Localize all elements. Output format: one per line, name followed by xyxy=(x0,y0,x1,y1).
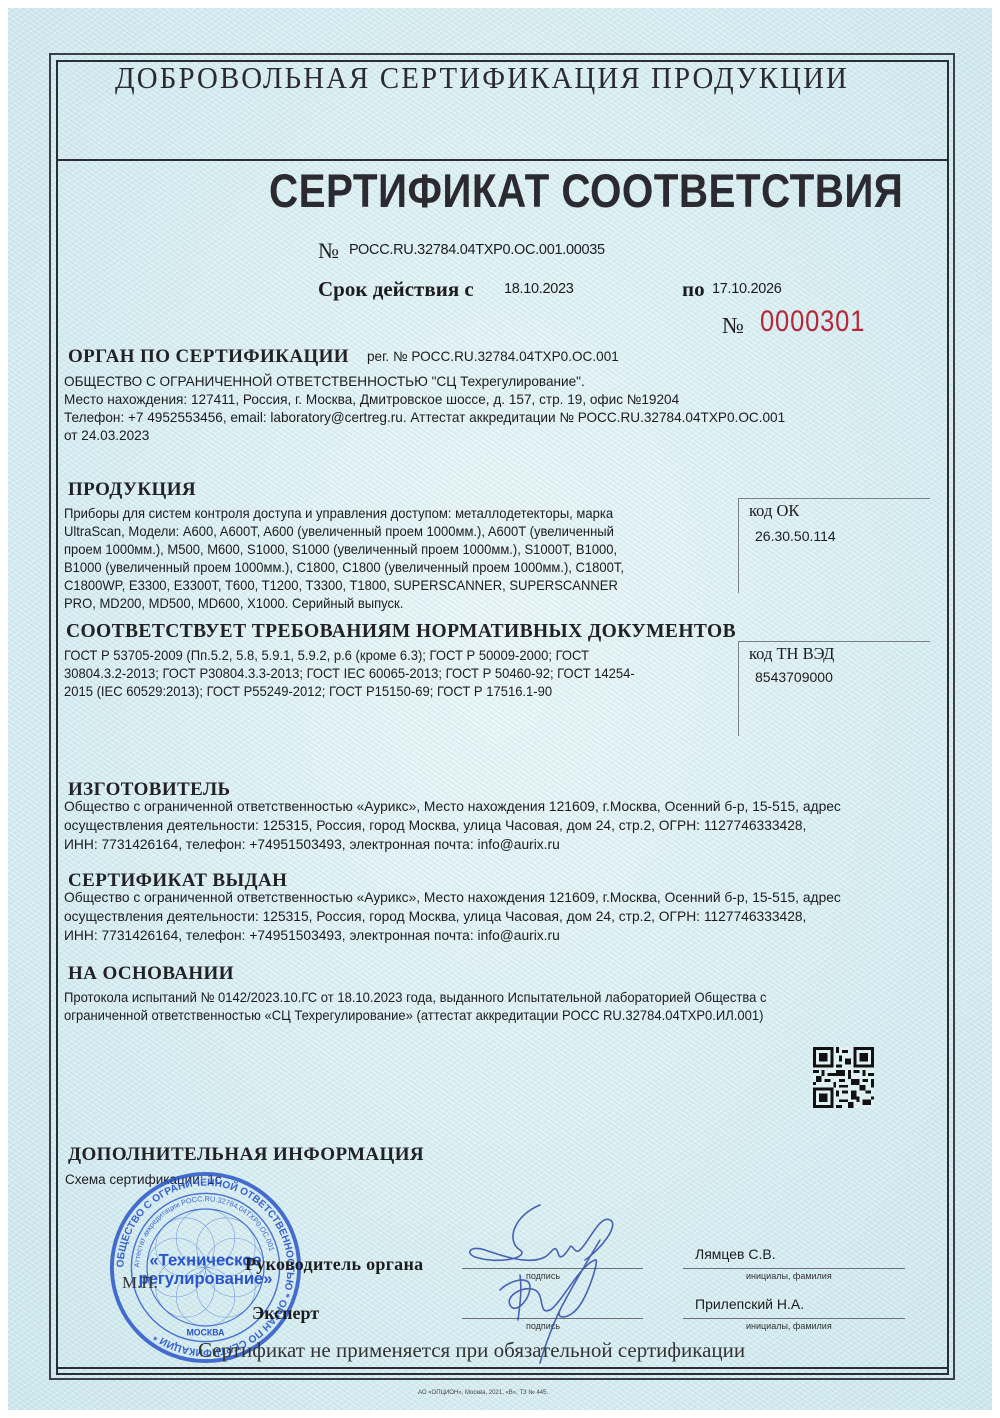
printer-imprint: АО «ОПЦИОН», Москва, 2021, «В», ТЗ № 445… xyxy=(418,1390,548,1396)
validity-label: Срок действия с xyxy=(318,277,474,302)
code-ok-box: код ОК 26.30.50.114 xyxy=(738,498,930,593)
footer-divider xyxy=(56,1367,949,1369)
valid-to-label: по xyxy=(682,277,705,302)
text-line: ограниченной ответственностью «СЦ Техрег… xyxy=(64,1006,766,1024)
text-line: проем 1000мм.), M500, M600, S1000, S1000… xyxy=(64,540,624,558)
code-tnved-box: код ТН ВЭД 8543709000 xyxy=(738,641,930,736)
text-line: осуществления деятельности: 125315, Росс… xyxy=(64,816,841,835)
issued-to-details: Общество с ограниченной ответственностью… xyxy=(64,888,841,945)
text-line: C1800WP, E3300, E3300T, T600, T1200, T33… xyxy=(64,576,624,594)
section-heading-certification-body: ОРГАН ПО СЕРТИФИКАЦИИ xyxy=(68,346,349,368)
text-line: PRO, MD200, MD500, MD600, X1000. Серийны… xyxy=(64,594,624,612)
head-name-caption: инициалы, фамилия xyxy=(746,1271,832,1281)
qr-code xyxy=(813,1047,874,1108)
blank-number-sign: № xyxy=(722,313,744,339)
number-sign: № xyxy=(318,238,339,264)
header-divider xyxy=(56,159,949,161)
text-line: 2015 (IEC 60529:2013); ГОСТ Р55249-2012;… xyxy=(64,682,635,700)
head-name-line xyxy=(683,1268,905,1269)
code-tnved-value: 8543709000 xyxy=(755,669,833,685)
text-line: ИНН: 7731426164, телефон: +74951503493, … xyxy=(64,926,841,945)
section-heading-basis: НА ОСНОВАНИИ xyxy=(68,963,234,985)
head-name: Лямцев С.В. xyxy=(695,1246,776,1262)
certification-body-text: ОБЩЕСТВО С ОГРАНИЧЕННОЙ ОТВЕТСТВЕННОСТЬЮ… xyxy=(64,373,785,445)
seal-place-label: М.П. xyxy=(122,1273,158,1293)
standards-list: ГОСТ Р 53705-2009 (Пп.5.2, 5.8, 5.9.1, 5… xyxy=(64,646,635,700)
voluntary-certification-title: ДОБРОВОЛЬНАЯ СЕРТИФИКАЦИЯ ПРОДУКЦИИ xyxy=(115,60,849,96)
code-ok-value: 26.30.50.114 xyxy=(755,528,836,544)
page-title: СЕРТИФИКАТ СООТВЕТСТВИЯ xyxy=(269,163,903,218)
text-line: Общество с ограниченной ответственностью… xyxy=(64,888,841,907)
code-tnved-label: код ТН ВЭД xyxy=(749,644,834,664)
head-of-body-label: Руководитель органа xyxy=(245,1254,423,1275)
text-line: Общество с ограниченной ответственностью… xyxy=(64,797,841,816)
section-heading-standards: СООТВЕТСТВУЕТ ТРЕБОВАНИЯМ НОРМАТИВНЫХ ДО… xyxy=(66,621,736,643)
expert-name-caption: инициалы, фамилия xyxy=(746,1321,832,1331)
text-line: UltraScan, Модели: A600, A600T, A600 (ув… xyxy=(64,522,624,540)
text-line: Место нахождения: 127411, Россия, г. Мос… xyxy=(64,391,785,409)
valid-to-date: 17.10.2026 xyxy=(712,281,782,297)
disclaimer: Сертификат не применяется при обязательн… xyxy=(198,1338,745,1363)
code-ok-label: код ОК xyxy=(749,501,799,521)
text-line: Протокола испытаний № 0142/2023.10.ГС от… xyxy=(64,988,766,1006)
text-line: ОБЩЕСТВО С ОГРАНИЧЕННОЙ ОТВЕТСТВЕННОСТЬЮ… xyxy=(64,373,785,391)
stamp-city: МОСКВА xyxy=(186,1328,225,1338)
text-line: ГОСТ Р 53705-2009 (Пп.5.2, 5.8, 5.9.1, 5… xyxy=(64,646,635,664)
text-line: Приборы для систем контроля доступа и уп… xyxy=(64,504,624,522)
manufacturer-details: Общество с ограниченной ответственностью… xyxy=(64,797,841,854)
basis-details: Протокола испытаний № 0142/2023.10.ГС от… xyxy=(64,988,766,1024)
expert-label: Эксперт xyxy=(252,1303,319,1324)
text-line: осуществления деятельности: 125315, Росс… xyxy=(64,907,841,926)
certificate-number: РОСС.RU.32784.04ТХР0.ОС.001.00035 xyxy=(349,242,605,258)
text-line: Телефон: +7 4952553456, email: laborator… xyxy=(64,409,785,427)
product-description: Приборы для систем контроля доступа и уп… xyxy=(64,504,624,612)
section-heading-product: ПРОДУКЦИЯ xyxy=(68,479,196,501)
certification-body-reg-number: рег. № РОСС.RU.32784.04ТХР0.ОС.001 xyxy=(367,349,619,364)
valid-from-date: 18.10.2023 xyxy=(504,281,574,297)
text-line: ИНН: 7731426164, телефон: +74951503493, … xyxy=(64,835,841,854)
text-line: 30804.3.2-2013; ГОСТ Р30804.3.3-2013; ГО… xyxy=(64,664,635,682)
text-line: B1000 (увеличенный проем 1000мм.), C1800… xyxy=(64,558,624,576)
blank-serial-number: 0000301 xyxy=(760,305,865,339)
expert-name: Прилепский Н.А. xyxy=(695,1296,804,1312)
text-line: от 24.03.2023 xyxy=(64,427,785,445)
section-heading-additional-info: ДОПОЛНИТЕЛЬНАЯ ИНФОРМАЦИЯ xyxy=(68,1144,424,1166)
expert-name-line xyxy=(683,1318,905,1319)
